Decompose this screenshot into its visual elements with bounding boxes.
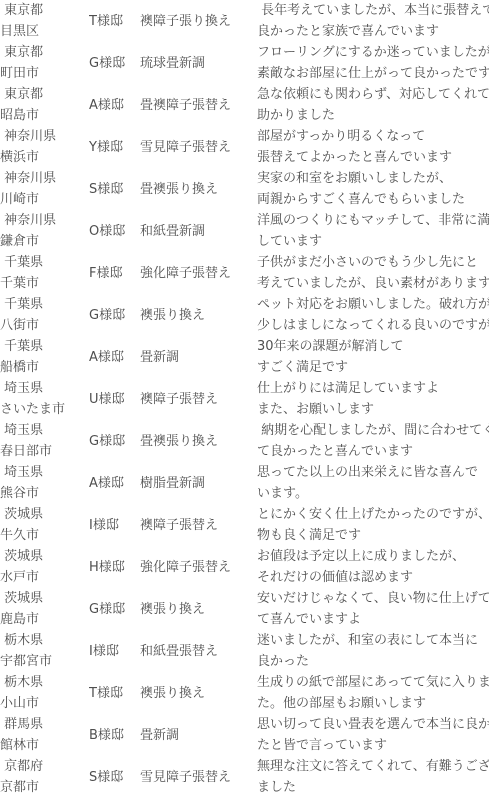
- comment-cell: 実家の和室をお願いしましたが、 両親からすごく喜んでもらいました: [257, 168, 489, 210]
- table-row: 京都府 京都市 S様邸 雪見障子張替え 無理な注文に答えてくれて、有難うござい …: [0, 756, 489, 795]
- table-row: 茨城県 水戸市 H様邸 強化障子張替え お値段は予定以上に成りましたが、 それだ…: [0, 546, 489, 588]
- customer-cell: U様邸: [89, 378, 140, 420]
- work-type-cell: 強化障子張替え: [140, 252, 257, 294]
- table-row: 茨城県 牛久市 I様邸 襖障子張替え とにかく安く仕上げたかったのですが、 物も…: [0, 504, 489, 546]
- location-cell: 群馬県 館林市: [0, 714, 89, 756]
- customer-cell: S様邸: [89, 756, 140, 795]
- work-type-cell: 襖張り換え: [140, 294, 257, 336]
- work-type-cell: 畳新調: [140, 336, 257, 378]
- comment-cell: 生成りの紙で部屋にあってて気に入りまし た。他の部屋もお願いします: [257, 672, 489, 714]
- work-type-cell: 琉球畳新調: [140, 42, 257, 84]
- location-cell: 埼玉県 さいたま市: [0, 378, 89, 420]
- table-row: 千葉県 八街市 G様邸 襖張り換え ペット対応をお願いしました。破れ方が 少しは…: [0, 294, 489, 336]
- table-row: 東京都 昭島市 A様邸 畳襖障子張替え 急な依頼にも関わらず、対応してくれて 助…: [0, 84, 489, 126]
- work-type-cell: 畳襖張り換え: [140, 168, 257, 210]
- comment-cell: お値段は予定以上に成りましたが、 それだけの価値は認めます: [257, 546, 489, 588]
- work-type-cell: 襖障子張替え: [140, 378, 257, 420]
- table-row: 埼玉県 春日部市 G様邸 畳襖張り換え 納期を心配しましたが、間に合わせてくれ …: [0, 420, 489, 462]
- comment-cell: 思い切って良い畳表を選んで本当に良かっ たと皆で言っています: [257, 714, 489, 756]
- customer-cell: H様邸: [89, 546, 140, 588]
- table-row: 千葉県 船橋市 A様邸 畳新調 30年来の課題が解消して すごく満足です: [0, 336, 489, 378]
- table-row: 東京都 目黒区 T様邸 襖障子張り換え 長年考えていましたが、本当に張替えて 良…: [0, 0, 489, 42]
- customer-cell: G様邸: [89, 588, 140, 630]
- comment-cell: 安いだけじゃなくて、良い物に仕上げてくれ て喜んでいますよ: [257, 588, 489, 630]
- comment-cell: 仕上がりには満足していますよ また、お願いします: [257, 378, 489, 420]
- customer-cell: F様邸: [89, 252, 140, 294]
- testimonials-table: 東京都 目黒区 T様邸 襖障子張り換え 長年考えていましたが、本当に張替えて 良…: [0, 0, 489, 795]
- work-type-cell: 襖障子張替え: [140, 504, 257, 546]
- location-cell: 千葉県 船橋市: [0, 336, 89, 378]
- customer-cell: S様邸: [89, 168, 140, 210]
- table-row: 神奈川県 川崎市 S様邸 畳襖張り換え 実家の和室をお願いしましたが、 両親から…: [0, 168, 489, 210]
- location-cell: 千葉県 千葉市: [0, 252, 89, 294]
- customer-cell: A様邸: [89, 336, 140, 378]
- comment-cell: 無理な注文に答えてくれて、有難うござい ました: [257, 756, 489, 795]
- customer-cell: T様邸: [89, 0, 140, 42]
- comment-cell: 思ってた以上の出来栄えに皆な喜んで います。: [257, 462, 489, 504]
- comment-cell: 部屋がすっかり明るくなって 張替えてよかったと喜んでいます: [257, 126, 489, 168]
- location-cell: 神奈川県 鎌倉市: [0, 210, 89, 252]
- customer-cell: G様邸: [89, 294, 140, 336]
- location-cell: 京都府 京都市: [0, 756, 89, 795]
- location-cell: 茨城県 水戸市: [0, 546, 89, 588]
- comment-cell: 納期を心配しましたが、間に合わせてくれ て良かったと喜んでいます: [257, 420, 489, 462]
- location-cell: 埼玉県 熊谷市: [0, 462, 89, 504]
- table-row: 神奈川県 鎌倉市 O様邸 和紙畳新調 洋風のつくりにもマッチして、非常に満足 し…: [0, 210, 489, 252]
- work-type-cell: 雪見障子張替え: [140, 126, 257, 168]
- location-cell: 茨城県 鹿島市: [0, 588, 89, 630]
- table-body: 東京都 目黒区 T様邸 襖障子張り換え 長年考えていましたが、本当に張替えて 良…: [0, 0, 489, 795]
- comment-cell: ペット対応をお願いしました。破れ方が 少しはましになってくれる良いのですが: [257, 294, 489, 336]
- customer-cell: O様邸: [89, 210, 140, 252]
- work-type-cell: 樹脂畳新調: [140, 462, 257, 504]
- customer-cell: G様邸: [89, 420, 140, 462]
- location-cell: 千葉県 八街市: [0, 294, 89, 336]
- comment-cell: 洋風のつくりにもマッチして、非常に満足 しています: [257, 210, 489, 252]
- comment-cell: 子供がまだ小さいのでもう少し先にと 考えていましたが、良い素材がありますね: [257, 252, 489, 294]
- comment-cell: 迷いましたが、和室の表にして本当に 良かった: [257, 630, 489, 672]
- comment-cell: 長年考えていましたが、本当に張替えて 良かったと家族で喜んでいます: [257, 0, 489, 42]
- work-type-cell: 襖張り換え: [140, 672, 257, 714]
- table-row: 群馬県 館林市 B様邸 畳新調 思い切って良い畳表を選んで本当に良かっ たと皆で…: [0, 714, 489, 756]
- location-cell: 神奈川県 川崎市: [0, 168, 89, 210]
- table-row: 千葉県 千葉市 F様邸 強化障子張替え 子供がまだ小さいのでもう少し先にと 考え…: [0, 252, 489, 294]
- comment-cell: フローリングにするか迷っていましたが 素敵なお部屋に仕上がって良かったです: [257, 42, 489, 84]
- location-cell: 東京都 昭島市: [0, 84, 89, 126]
- table-row: 栃木県 宇都宮市 I様邸 和紙畳張替え 迷いましたが、和室の表にして本当に 良か…: [0, 630, 489, 672]
- location-cell: 栃木県 宇都宮市: [0, 630, 89, 672]
- location-cell: 栃木県 小山市: [0, 672, 89, 714]
- table-row: 埼玉県 熊谷市 A様邸 樹脂畳新調 思ってた以上の出来栄えに皆な喜んで います。: [0, 462, 489, 504]
- customer-cell: T様邸: [89, 672, 140, 714]
- work-type-cell: 和紙畳張替え: [140, 630, 257, 672]
- customer-cell: I様邸: [89, 630, 140, 672]
- customer-cell: G様邸: [89, 42, 140, 84]
- comment-cell: 30年来の課題が解消して すごく満足です: [257, 336, 489, 378]
- customer-cell: A様邸: [89, 462, 140, 504]
- work-type-cell: 襖障子張り換え: [140, 0, 257, 42]
- table-row: 東京都 町田市 G様邸 琉球畳新調 フローリングにするか迷っていましたが 素敵な…: [0, 42, 489, 84]
- location-cell: 東京都 目黒区: [0, 0, 89, 42]
- work-type-cell: 雪見障子張替え: [140, 756, 257, 795]
- location-cell: 埼玉県 春日部市: [0, 420, 89, 462]
- work-type-cell: 和紙畳新調: [140, 210, 257, 252]
- location-cell: 東京都 町田市: [0, 42, 89, 84]
- table-row: 茨城県 鹿島市 G様邸 襖張り換え 安いだけじゃなくて、良い物に仕上げてくれ て…: [0, 588, 489, 630]
- work-type-cell: 襖張り換え: [140, 588, 257, 630]
- comment-cell: 急な依頼にも関わらず、対応してくれて 助かりました: [257, 84, 489, 126]
- customer-cell: I様邸: [89, 504, 140, 546]
- customer-cell: Y様邸: [89, 126, 140, 168]
- testimonials-page: 東京都 目黒区 T様邸 襖障子張り換え 長年考えていましたが、本当に張替えて 良…: [0, 0, 489, 795]
- work-type-cell: 畳襖張り換え: [140, 420, 257, 462]
- work-type-cell: 畳新調: [140, 714, 257, 756]
- location-cell: 茨城県 牛久市: [0, 504, 89, 546]
- work-type-cell: 畳襖障子張替え: [140, 84, 257, 126]
- customer-cell: B様邸: [89, 714, 140, 756]
- table-row: 栃木県 小山市 T様邸 襖張り換え 生成りの紙で部屋にあってて気に入りまし た。…: [0, 672, 489, 714]
- location-cell: 神奈川県 横浜市: [0, 126, 89, 168]
- comment-cell: とにかく安く仕上げたかったのですが、 物も良く満足です: [257, 504, 489, 546]
- work-type-cell: 強化障子張替え: [140, 546, 257, 588]
- table-row: 埼玉県 さいたま市 U様邸 襖障子張替え 仕上がりには満足していますよ また、お…: [0, 378, 489, 420]
- customer-cell: A様邸: [89, 84, 140, 126]
- table-row: 神奈川県 横浜市 Y様邸 雪見障子張替え 部屋がすっかり明るくなって 張替えてよ…: [0, 126, 489, 168]
